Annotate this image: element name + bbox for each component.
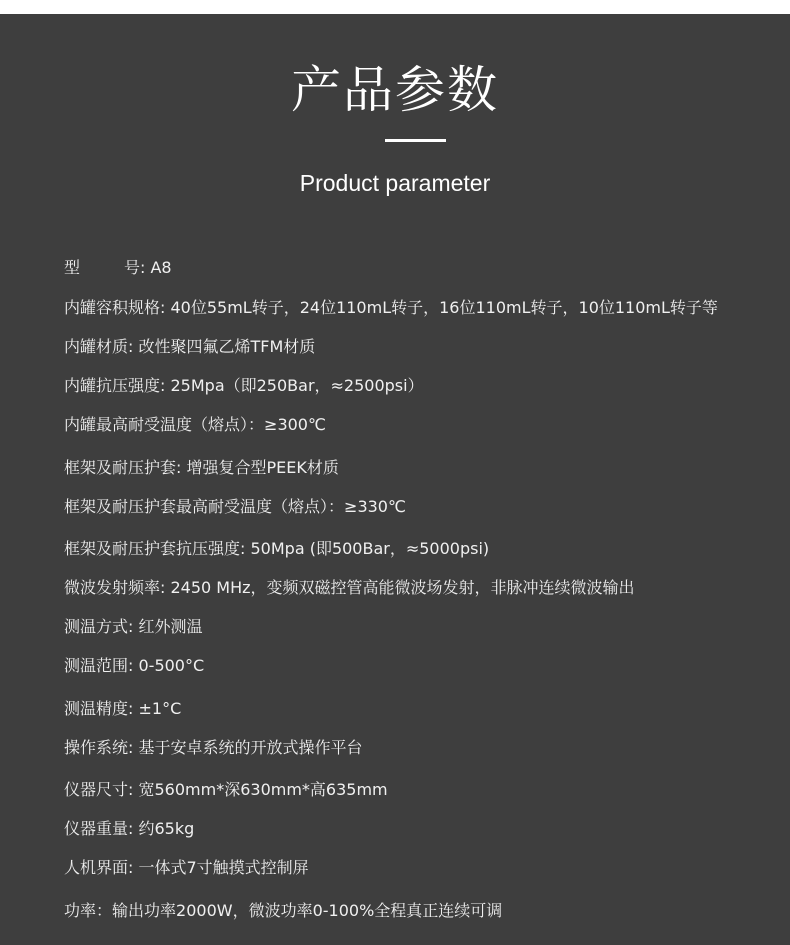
param-label: 框架及耐压护套最高耐受温度（熔点） [64,497,328,516]
param-label: 型号 [64,257,140,279]
param-row-model: 型号: A8 [64,257,172,279]
param-row-frame-material: 框架及耐压护套: 增强复合型PEEK材质 [64,457,339,479]
param-row-interface: 人机界面: 一体式7寸触摸式控制屏 [64,857,309,879]
param-row-frame-max-temp: 框架及耐压护套最高耐受温度（熔点）：≥330℃ [64,496,406,518]
param-value: 输出功率2000W，微波功率0-100%全程真正连续可调 [112,901,502,920]
param-label: 内罐抗压强度 [64,376,160,395]
param-value: 一体式7寸触摸式控制屏 [133,858,308,877]
param-label: 微波发射频率 [64,578,160,597]
param-row-temp-range: 测温范围: 0-500°C [64,655,204,677]
param-value: 25Mpa（即250Bar，≈2500psi） [165,376,423,395]
param-label: 测温方式 [64,617,128,636]
param-value: 0-500°C [133,656,204,675]
param-label: 框架及耐压护套抗压强度 [64,539,240,558]
param-row-dimensions: 仪器尺寸: 宽560mm*深630mm*高635mm [64,779,388,801]
param-separator: ： [248,415,264,434]
param-label-part: 号 [124,257,140,279]
param-value: 40位55mL转子，24位110mL转子，16位110mL转子，10位110mL… [165,298,718,317]
param-value: ≥330℃ [344,497,406,516]
param-value: ±1°C [133,699,181,718]
param-label-part: 型 [64,258,80,277]
param-label: 测温范围 [64,656,128,675]
param-row-temp-method: 测温方式: 红外测温 [64,616,203,638]
param-row-temp-accuracy: 测温精度: ±1°C [64,698,181,720]
param-separator: ： [328,497,344,516]
param-value: 改性聚四氟乙烯TFM材质 [133,337,315,356]
param-label: 测温精度 [64,699,128,718]
param-label: 人机界面 [64,858,128,877]
param-row-vessel-pressure: 内罐抗压强度: 25Mpa（即250Bar，≈2500psi） [64,375,424,397]
param-value: ≥300℃ [264,415,326,434]
param-label: 内罐最高耐受温度（熔点） [64,415,248,434]
title-divider [385,139,446,142]
param-label: 功率 [64,901,96,920]
param-label: 内罐材质 [64,337,128,356]
page-title: 产品参数 [0,62,790,118]
param-label: 操作系统 [64,738,128,757]
param-value: 50Mpa (即500Bar，≈5000psi) [245,539,489,558]
param-value: 约65kg [133,819,194,838]
param-row-weight: 仪器重量: 约65kg [64,818,194,840]
param-separator: ： [96,901,112,920]
param-row-operating-system: 操作系统: 基于安卓系统的开放式操作平台 [64,737,363,759]
param-value: 宽560mm*深630mm*高635mm [133,780,387,799]
param-label: 内罐容积规格 [64,298,160,317]
param-value: 红外测温 [133,617,202,636]
param-label: 仪器尺寸 [64,780,128,799]
param-value: 基于安卓系统的开放式操作平台 [133,738,362,757]
param-row-vessel-max-temp: 内罐最高耐受温度（熔点）：≥300℃ [64,414,326,436]
param-row-power: 功率：输出功率2000W，微波功率0-100%全程真正连续可调 [64,900,502,922]
top-strip [0,0,790,14]
product-parameter-panel: 产品参数 Product parameter 型号: A8 内罐容积规格: 40… [0,14,790,945]
param-value: 增强复合型PEEK材质 [181,458,338,477]
param-value: 2450 MHz，变频双磁控管高能微波场发射，非脉冲连续微波输出 [165,578,634,597]
param-row-frame-pressure: 框架及耐压护套抗压强度: 50Mpa (即500Bar，≈5000psi) [64,538,489,560]
param-row-vessel-material: 内罐材质: 改性聚四氟乙烯TFM材质 [64,336,315,358]
param-value: A8 [145,258,171,277]
page-subtitle: Product parameter [0,169,790,197]
param-row-vessel-capacity: 内罐容积规格: 40位55mL转子，24位110mL转子，16位110mL转子，… [64,297,718,319]
param-label: 框架及耐压护套 [64,458,176,477]
param-row-microwave-frequency: 微波发射频率: 2450 MHz，变频双磁控管高能微波场发射，非脉冲连续微波输出 [64,577,635,599]
param-label: 仪器重量 [64,819,128,838]
